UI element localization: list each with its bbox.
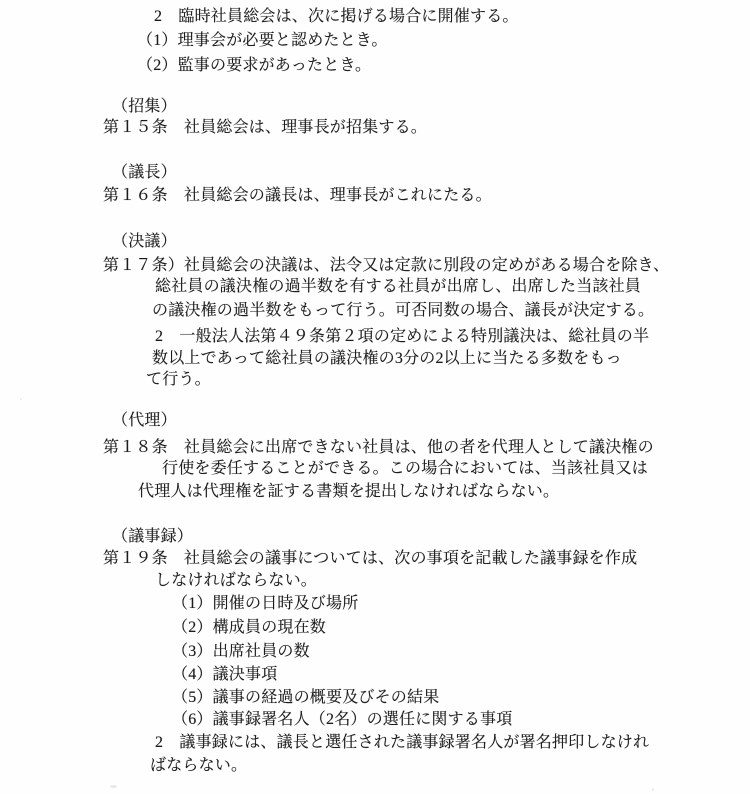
clause-line: て行う。 bbox=[146, 369, 211, 390]
list-item: （2）監事の要求があったとき。 bbox=[137, 55, 371, 76]
clause-paragraph: 2 一般法人法第４９条第２項の定めによる特別議決は、総社員の半 bbox=[155, 326, 649, 347]
clause-caption: （代理） bbox=[112, 410, 177, 431]
list-item: （2）構成員の現在数 bbox=[172, 617, 326, 638]
list-item: （3）出席社員の数 bbox=[172, 641, 310, 662]
scan-speck bbox=[20, 398, 22, 400]
clause-line: 第１７条）社員総会の決議は、法令又は定款に別段の定めがある場合を除き、 bbox=[103, 255, 669, 276]
scan-speck bbox=[110, 785, 117, 788]
list-item: （4）議決事項 bbox=[172, 664, 277, 685]
clause-line: 代理人は代理権を証する書類を提出しなければならない。 bbox=[138, 481, 559, 502]
clause-line: 行使を委任することができる。この場合においては、当該社員又は bbox=[162, 458, 648, 479]
clause-caption: （議長） bbox=[112, 162, 177, 183]
clause-line: 第１６条 社員総会の議長は、理事長がこれにたる。 bbox=[103, 185, 492, 206]
clause-line: 総社員の議決権の過半数を有する社員が出席し、出席した当該社員 bbox=[155, 276, 641, 297]
clause-caption: （招集） bbox=[112, 96, 177, 117]
clause-line: しなければならない。 bbox=[155, 570, 317, 591]
clause-line: 第１５条 社員総会は、理事長が招集する。 bbox=[103, 117, 427, 138]
clause-paragraph: 2 議事録には、議長と選任された議事録署名人が署名押印しなけれ bbox=[155, 732, 649, 753]
clause-paragraph: 2 臨時社員総会は、次に掲げる場合に開催する。 bbox=[154, 6, 519, 27]
clause-caption: （議事録） bbox=[112, 526, 193, 547]
list-item: （1）理事会が必要と認めたとき。 bbox=[137, 30, 388, 51]
scan-speck bbox=[652, 788, 654, 791]
clause-line: ばならない。 bbox=[150, 755, 247, 776]
clause-line: 第１８条 社員総会に出席できない社員は、他の者を代理人として議決権の bbox=[103, 437, 654, 458]
document-page: 2 臨時社員総会は、次に掲げる場合に開催する。 （1）理事会が必要と認めたとき。… bbox=[0, 0, 750, 794]
clause-caption: （決議） bbox=[112, 231, 177, 252]
list-item: （1）開催の日時及び場所 bbox=[172, 593, 358, 614]
clause-line: 第１９条 社員総会の議事については、次の事項を記載した議事録を作成 bbox=[103, 548, 637, 569]
list-item: （6）議事録署名人（2名）の選任に関する事項 bbox=[172, 709, 512, 730]
list-item: （5）議事の経過の概要及びその結果 bbox=[172, 687, 439, 708]
clause-line: 数以上であって総社員の議決権の3分の2以上に当たる多数をもっ bbox=[152, 348, 622, 369]
clause-line: の議決権の過半数をもって行う。可否同数の場合、議長が決定する。 bbox=[152, 300, 654, 321]
